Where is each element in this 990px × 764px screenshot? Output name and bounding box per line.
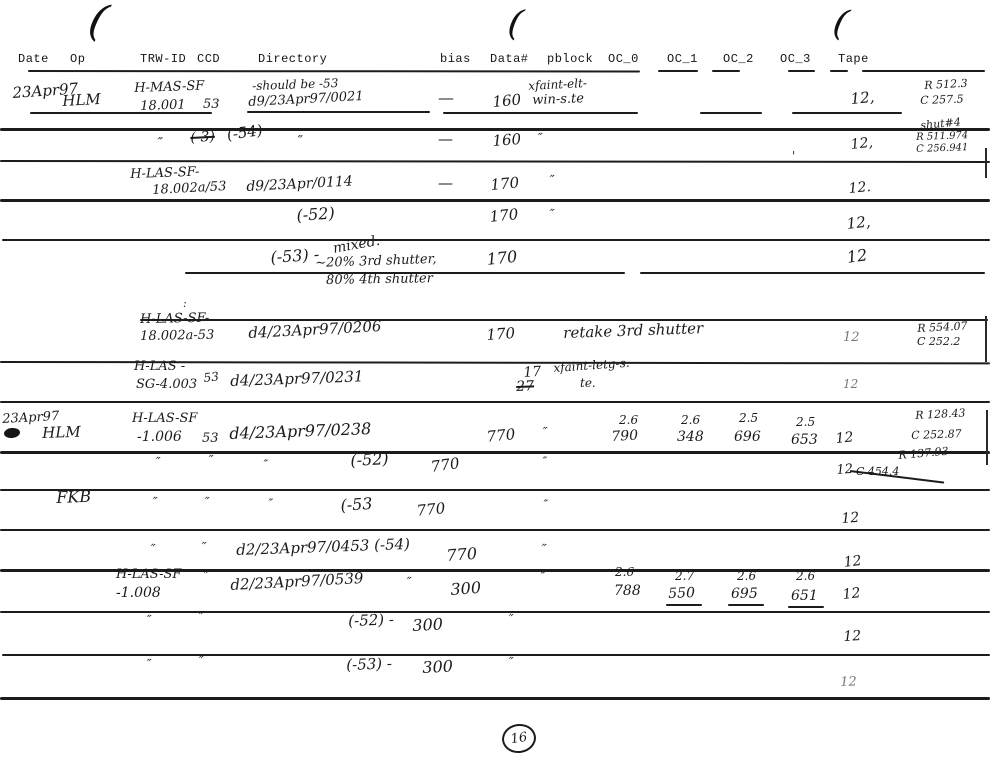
row12-trw-ditto: ″ [145,614,152,628]
col-header-tape: Tape [838,52,869,66]
row7-oc0-bottom: 790 [611,429,638,444]
row7-tape: 12 [835,430,854,446]
row4-tape: 12 [846,247,868,266]
top-paren-mark-right: ( [829,2,851,45]
row7-trw-id-line1: H-LAS-SF [132,412,197,425]
row0-trw-id-line1: H-MAS-SF [134,80,205,95]
row7-trw-id-line2: -1.006 [137,430,182,444]
row11-oc0-top: 2.6 [615,566,634,578]
row6-trw-id-line2: SG-4.003 [136,378,197,391]
row13-tape: 12 [840,675,857,689]
row11-oc3-top: 2.6 [796,570,815,582]
col-header-trw-id: TRW-ID [140,52,186,66]
row7-op: HLM [42,425,81,441]
rule-line [2,654,990,656]
row9-ccd-ditto: ″ [203,496,210,510]
row11-directory: d2/23Apr97/0539 [230,571,364,593]
col-header-oc2: OC_2 [723,52,754,66]
row4-note-80pct: 80% 4th shutter [326,272,433,287]
row1-tape: 12, [850,136,874,152]
row6-pblock-line1: xfaint-letg-s. [553,357,630,374]
rule-line [28,70,640,73]
row11-oc2-bottom: 695 [731,587,758,601]
rule-line [862,70,985,72]
row7-directory: d4/23Apr97/0238 [229,421,372,442]
row1-directory-ditto: ″ [296,134,303,149]
row5-margin-c: C 252.2 [917,336,960,347]
row11-data-num: 300 [450,580,482,598]
row4-note-mixed: mixed. [332,234,381,256]
row12-pblock-ditto: ″ [507,613,514,627]
underline-mark [788,606,824,608]
page-number-circle: 16 [500,722,538,755]
row9-data-num: 770 [416,501,446,519]
row5-trw-id-line1: H-LAS-SF- [140,312,209,326]
row0-ccd: 53 [203,98,220,111]
row11-pblock-ditto: ″ [539,570,545,583]
rule-line [658,70,698,72]
row4-directory: (-53) - [270,247,320,266]
row11-trw-id-line1: H-LAS-SF [116,568,181,581]
row9-directory-ditto: ″ [267,497,273,510]
row11-bias-ditto: ″ [405,576,412,590]
underline-mark [666,604,702,606]
row11-ccd-ditto: ″ [202,570,209,584]
row5-data-num: 170 [486,326,516,343]
top-paren-mark-center: ( [505,2,526,45]
row12-directory: (-52) - [348,612,394,629]
row9-pblock-ditto: ″ [542,498,548,511]
col-header-data-num: Data# [490,52,529,66]
row8-directory-suffix: (-52) [350,451,389,469]
row9-trw-ditto: ″ [151,496,158,510]
rule-line [0,697,990,700]
row1-margin-shutter: shut#4 [920,116,961,130]
row6-trw-id-line1: H-LAS - [134,360,185,373]
row7-oc2-top: 2.5 [739,412,758,424]
col-header-op: Op [70,52,85,66]
row13-trw-ditto: ″ [145,658,152,672]
col-header-pblock: pblock [547,52,593,66]
row1-bias: — [438,132,453,147]
row8-margin-r: R 137.93 [898,446,949,461]
row7-oc2-bottom: 696 [734,430,761,444]
row1-trw-ditto: ″ [156,136,163,151]
row9-tape: 12 [841,511,860,526]
row2-directory: d9/23Apr/0114 [246,174,353,194]
row0-margin-r: R 512.3 [924,78,968,91]
rule-line [700,112,762,114]
top-paren-mark-left: ( [84,0,113,48]
scanned-log-page: ( ( ( Date Op TRW-ID CCD Directory bias … [0,0,990,764]
rule-line [2,239,990,241]
row8-ccd-ditto: ″ [207,454,214,468]
col-header-directory: Directory [258,52,327,66]
row3-tape: 12, [846,215,871,232]
row7-oc3-top: 2.5 [796,416,815,428]
row7-data-num: 770 [486,427,516,445]
stray-tick-mark: ' [792,150,795,162]
rule-line [0,160,990,163]
rule-line [0,489,990,491]
rule-line [792,112,902,114]
row2-trw-id-line2: 18.002a/53 [152,180,227,197]
page-edge-artifact [985,148,987,178]
row0-directory: d9/23Apr97/0021 [248,90,364,109]
row5-margin-r: R 554.07 [917,320,968,334]
row4-data-num: 170 [486,249,518,268]
col-header-oc1: OC_1 [667,52,698,66]
rule-line [788,70,815,72]
row6-pblock-line2: te. [580,377,596,389]
rule-line [247,111,430,113]
row13-data-num: 300 [422,658,453,676]
row6-directory: d4/23Apr97/0231 [230,369,364,389]
page-edge-artifact [986,410,988,465]
row7-pblock-ditto: ″ [541,426,548,440]
row11-oc2-top: 2.6 [737,570,756,582]
row1-ccd-corrected: (-54) [226,123,264,143]
row7-ccd: 53 [202,432,219,445]
row11-trw-id-line2: -1.008 [116,586,161,600]
rule-line [712,70,740,72]
row10-directory: d2/23Apr97/0453 (-54) [236,537,410,558]
row2-pblock-ditto: ″ [548,174,555,188]
rule-line [640,272,985,274]
row10-trw-ditto: ″ [149,543,156,557]
col-header-ccd: CCD [197,52,220,66]
rule-line [0,128,990,131]
row10-tape: 12 [843,554,862,570]
row0-pblock-line1: xfaint-elt- [528,77,587,92]
row0-bias: — [438,90,454,106]
row0-directory-note: -should be -53 [252,77,339,92]
row7-oc0-top: 2.6 [619,414,638,426]
row7-margin-c: C 252.87 [911,428,962,441]
row5-trw-id-line2: 18.002a-53 [140,329,214,343]
row7-oc3-bottom: 653 [791,433,818,447]
row1-ccd-struck: (-3) [190,130,215,145]
row2-trw-id-line1: H-LAS-SF- [130,166,200,181]
row13-ccd-ditto: ″ [197,655,204,669]
row11-oc3-bottom: 651 [791,589,818,603]
row10-ccd-ditto: ″ [200,541,207,555]
row11-tape: 12 [842,586,861,602]
row0-tape: 12, [850,90,875,107]
row0-data-num: 160 [492,93,522,110]
rule-line [140,319,988,321]
stray-colon-mark: : [183,298,187,309]
col-header-oc3: OC_3 [780,52,811,66]
row5-tape: 12 [843,331,860,344]
row0-margin-c: C 257.5 [920,93,964,106]
row0-trw-id-line2: 18.001 [140,98,186,113]
row3-data-num: 170 [489,207,519,225]
ink-blob [4,427,21,439]
row12-data-num: 300 [412,616,443,634]
row8-directory-ditto: ″ [262,458,268,471]
row13-directory: (-53) - [346,656,392,673]
row5-directory: d4/23Apr97/0206 [248,319,382,341]
row8-trw-ditto: ″ [154,456,161,470]
rule-line [0,401,990,403]
row9-op: FKB [56,489,91,506]
row2-data-num: 170 [490,176,520,193]
rule-line [0,529,990,531]
row9-directory-suffix: (-53 [340,496,373,514]
row2-tape: 12. [848,180,871,196]
row8-pblock-ditto: ″ [541,455,547,468]
underline-mark [728,604,764,606]
row10-pblock-ditto: ″ [540,543,547,557]
row13-pblock-ditto: ″ [507,656,514,670]
row7-oc1-top: 2.6 [681,414,700,426]
row3-directory: (-52) [296,205,335,224]
row10-data-num: 770 [446,546,478,564]
rule-line [0,451,990,454]
row7-oc1-bottom: 348 [677,430,704,444]
row6-data-struck: 27 [516,379,534,394]
row2-bias: — [438,176,453,191]
row6-ccd: 53 [203,370,219,384]
row8-data-num: 770 [430,456,460,475]
row11-oc1-top: 2.7 [675,570,694,582]
row4-note-20pct: ~20% 3rd shutter, [315,253,437,270]
row12-tape: 12 [843,629,862,644]
col-header-date: Date [18,52,49,66]
row3-pblock-ditto: ″ [548,208,555,222]
rule-line [830,70,848,72]
row6-tape: 12 [843,378,858,390]
rule-line [443,112,638,114]
row0-op: HLM [62,92,101,109]
col-header-oc0: OC_0 [608,52,639,66]
row11-oc0-bottom: 788 [614,584,641,598]
row7-margin-r: R 128.43 [915,407,966,421]
row5-pblock-note: retake 3rd shutter [563,321,703,341]
row1-margin-r: R 511.974 [916,131,968,143]
row1-margin-c: C 256.941 [916,143,969,155]
row12-ccd-ditto: ″ [197,611,204,625]
page-edge-artifact [985,316,987,362]
rule-line [0,199,990,202]
row11-oc1-bottom: 550 [668,586,695,601]
row1-pblock-ditto: ″ [536,132,543,146]
col-header-bias: bias [440,52,471,66]
row0-pblock-line2: win-s.te [532,92,584,107]
row1-data-num: 160 [492,132,522,149]
page-number: 16 [510,730,528,747]
